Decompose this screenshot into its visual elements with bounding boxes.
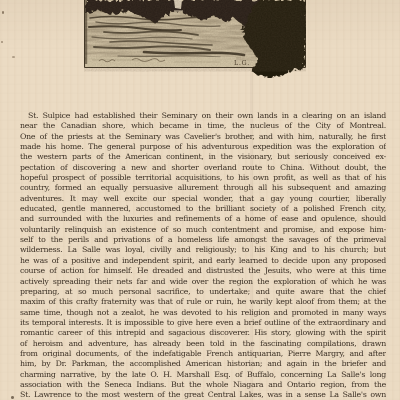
paper-speck (2, 11, 4, 14)
text-line: actively spreading their nets far and wi… (20, 277, 386, 287)
text-line: same time, though not a zealot, he was d… (20, 308, 386, 318)
text-line: self to the perils and privations of a h… (20, 235, 386, 245)
text-line: adventures. It may well excite our speci… (20, 194, 386, 204)
text-line: pectation of discovering a new and short… (20, 163, 386, 173)
text-line: wilderness. La Salle was loyal, civilly … (20, 245, 386, 255)
text-line: St. Lawrence to the most western of the … (20, 390, 386, 400)
text-line: preparing, at so much personal sacrifice… (20, 287, 386, 297)
engraving-scene: L.G. (84, 0, 306, 78)
text-line: and surrounded with the luxuries and ref… (20, 214, 386, 224)
text-line: from original documents, of the indefati… (20, 349, 386, 359)
text-line: he was of a positive and independent spi… (20, 256, 386, 266)
text-line: its temporal interests. It is impossible… (20, 318, 386, 328)
text-line: association with the Seneca Indians. But… (20, 380, 386, 390)
text-line: course of action for himself. He dreaded… (20, 266, 386, 276)
engraving-plate: L.G. (84, 0, 306, 78)
text-line: romantic career of this intrepid and sag… (20, 328, 386, 338)
book-page: L.G. St. Sulpice had established their S… (0, 0, 400, 400)
paper-speck (12, 56, 15, 58)
paper-speck (1, 41, 3, 43)
text-line: near the Canadian shore, which became in… (20, 121, 386, 131)
text-line: St. Sulpice had established their Semina… (20, 111, 386, 121)
text-line: educated, gentle mannered, accustomed to… (20, 204, 386, 214)
text-line: him, by Dr. Parkman, the accomplished Am… (20, 359, 386, 369)
text-line: maxim of this crafty fraternity was that… (20, 297, 386, 307)
text-line: made his home. The general purpose of hi… (20, 142, 386, 152)
text-line: hopeful prospect of possible territorial… (20, 173, 386, 183)
text-line: the western parts of the American contin… (20, 152, 386, 162)
text-line: country, formed an equally persuasive al… (20, 183, 386, 193)
text-line: of heroism and adventure, has already be… (20, 339, 386, 349)
text-line: voluntarily relinquish an existence of s… (20, 225, 386, 235)
paper-speck (11, 396, 14, 399)
text-line: One of the priests at the Seminary was C… (20, 132, 386, 142)
text-line: charming narrative, by the late O. H. Ma… (20, 370, 386, 380)
paragraph: St. Sulpice had established their Semina… (20, 111, 386, 400)
